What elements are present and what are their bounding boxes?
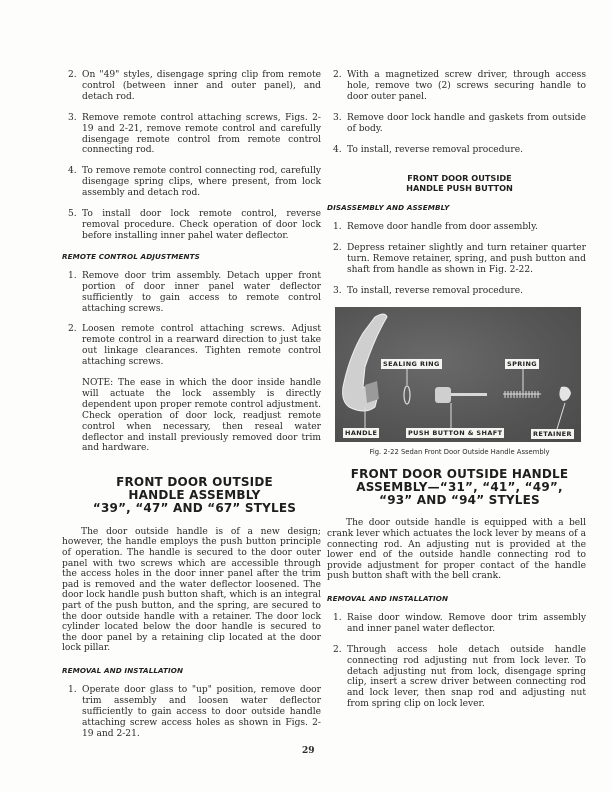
item-number: 4. <box>333 145 342 156</box>
subheading-remote-control-adjustments: REMOTE CONTROL ADJUSTMENTS <box>62 252 321 261</box>
item-text: Remove door lock handle and gaskets from… <box>347 113 586 134</box>
subheading-disassembly-assembly: DISASSEMBLY AND ASSEMBLY <box>327 203 586 212</box>
list-item: 1.Operate door glass to "up" position, r… <box>68 685 321 740</box>
item-number: 3. <box>333 286 342 297</box>
handle-assembly-illustration <box>335 307 581 442</box>
list-item: 4.To install, reverse removal procedure. <box>333 145 586 156</box>
item-text: To install door lock remote control, rev… <box>82 209 321 241</box>
heading-line: HANDLE PUSH BUTTON <box>333 183 586 193</box>
item-text: Raise door window. Remove door trim asse… <box>347 613 586 634</box>
item-text: Depress retainer slightly and turn retai… <box>347 243 586 275</box>
body-paragraph: The door outside handle is equipped with… <box>327 518 586 582</box>
label-sealing-ring: SEALING RING <box>381 359 442 369</box>
list-item: 2.With a magnetized screw driver, throug… <box>333 70 586 103</box>
list-item: 2.Through access hole detach outside han… <box>333 645 586 710</box>
item-number: 5. <box>68 209 77 220</box>
heading-line: FRONT DOOR OUTSIDE <box>333 173 586 183</box>
item-text: Remove remote control attaching screws, … <box>82 113 321 156</box>
item-text: Operate door glass to "up" position, rem… <box>82 685 321 739</box>
item-number: 2. <box>68 324 77 335</box>
item-text: To remove remote control connecting rod,… <box>82 166 321 198</box>
section-heading-push-button: FRONT DOOR OUTSIDE HANDLE PUSH BUTTON <box>333 173 586 193</box>
item-text: With a magnetized screw driver, through … <box>347 70 586 102</box>
item-number: 3. <box>68 113 77 124</box>
heading-line: FRONT DOOR OUTSIDE HANDLE <box>333 468 586 481</box>
list-item: 2.On "49" styles, disengage spring clip … <box>68 70 321 103</box>
list-item: 3.Remove remote control attaching screws… <box>68 113 321 157</box>
label-spring: SPRING <box>505 359 539 369</box>
item-number: 2. <box>333 243 342 254</box>
item-text: Through access hole detach outside handl… <box>347 645 586 710</box>
body-paragraph: The door outside handle is of a new desi… <box>62 527 321 654</box>
item-number: 1. <box>68 685 77 696</box>
item-text: Remove door handle from door assembly. <box>347 222 538 232</box>
subheading-removal-installation: REMOVAL AND INSTALLATION <box>327 594 586 603</box>
label-retainer: RETAINER <box>531 429 574 439</box>
item-number: 2. <box>333 645 342 656</box>
note-paragraph: NOTE: The ease in which the door inside … <box>68 378 321 454</box>
item-number: 2. <box>333 70 342 81</box>
page-number: 29 <box>302 746 315 756</box>
subheading-removal-installation: REMOVAL AND INSTALLATION <box>62 666 321 675</box>
item-number: 3. <box>333 113 342 124</box>
item-number: 1. <box>333 222 342 233</box>
list-item: 2.Depress retainer slightly and turn ret… <box>333 243 586 276</box>
figure-2-22-photo: SEALING RING SPRING HANDLE PUSH BUTTON &… <box>335 307 581 442</box>
item-number: 4. <box>68 166 77 177</box>
item-number: 1. <box>333 613 342 624</box>
list-item: 1.Remove door handle from door assembly. <box>333 222 586 233</box>
section-heading-39-47-67: FRONT DOOR OUTSIDE HANDLE ASSEMBLY “39”,… <box>68 476 321 514</box>
item-text: To install, reverse removal procedure. <box>347 145 523 155</box>
figure-caption: Fig. 2-22 Sedan Front Door Outside Handl… <box>333 448 586 456</box>
item-text: To install, reverse removal procedure. <box>347 286 523 296</box>
list-item: 1.Raise door window. Remove door trim as… <box>333 613 586 635</box>
item-number: 2. <box>68 70 77 81</box>
heading-line: “39”, “47” AND “67” STYLES <box>68 502 321 515</box>
left-column: 2.On "49" styles, disengage spring clip … <box>68 70 321 749</box>
list-item: 1.Remove door trim assembly. Detach uppe… <box>68 271 321 315</box>
list-item: 2.Loosen remote control attaching screws… <box>68 324 321 368</box>
item-number: 1. <box>68 271 77 282</box>
heading-line: “93” AND “94” STYLES <box>333 494 586 507</box>
heading-line: ASSEMBLY—“31”, “41”, “49”, <box>333 481 586 494</box>
section-heading-31-41-49-93-94: FRONT DOOR OUTSIDE HANDLE ASSEMBLY—“31”,… <box>333 468 586 506</box>
list-item: 4.To remove remote control connecting ro… <box>68 166 321 199</box>
label-handle: HANDLE <box>343 428 379 438</box>
label-push-button-shaft: PUSH BUTTON & SHAFT <box>406 428 504 438</box>
list-item: 5.To install door lock remote control, r… <box>68 209 321 242</box>
item-text: Remove door trim assembly. Detach upper … <box>82 271 321 314</box>
item-text: Loosen remote control attaching screws. … <box>82 324 321 367</box>
list-item: 3.To install, reverse removal procedure. <box>333 286 586 297</box>
list-item: 3.Remove door lock handle and gaskets fr… <box>333 113 586 135</box>
item-text: On "49" styles, disengage spring clip fr… <box>82 70 321 102</box>
right-column: 2.With a magnetized screw driver, throug… <box>333 70 586 720</box>
